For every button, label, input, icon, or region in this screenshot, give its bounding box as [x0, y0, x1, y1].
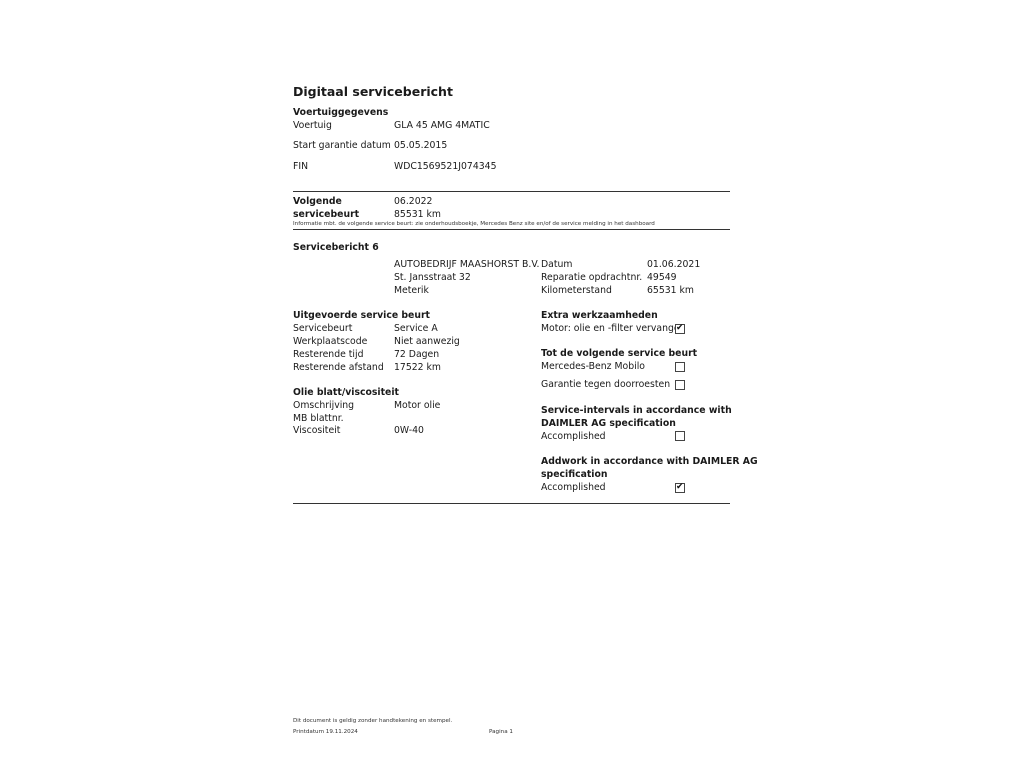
addwork-heading-2: specification	[541, 469, 608, 480]
mobilo-label: Mercedes-Benz Mobilo	[541, 361, 645, 372]
service-intervals-heading-1: Service-intervals in accordance with	[541, 405, 732, 416]
vehicle-label: Voertuig	[293, 120, 332, 131]
checkmark-icon: ✔	[676, 481, 684, 493]
workshop-code-label: Werkplaatscode	[293, 336, 367, 347]
warranty-start-value: 05.05.2015	[394, 140, 447, 151]
date-value: 01.06.2021	[647, 259, 700, 270]
dealer-name: AUTOBEDRIJF MAASHORST B.V.	[394, 259, 539, 270]
report-heading: Servicebericht 6	[293, 242, 379, 253]
extra-work-heading: Extra werkzaamheden	[541, 310, 658, 321]
fin-value: WDC1569521J074345	[394, 161, 496, 172]
next-service-label: Volgende	[293, 196, 342, 207]
vehicle-section-heading: Voertuiggegevens	[293, 107, 388, 118]
mobilo-checkbox[interactable]	[675, 362, 685, 372]
remaining-time-value: 72 Dagen	[394, 349, 439, 360]
odometer-value: 65531 km	[647, 285, 694, 296]
extra-work-item-label: Motor: olie en -filter vervangen	[541, 323, 685, 334]
warranty-start-label: Start garantie datum	[293, 140, 391, 151]
divider	[293, 503, 730, 504]
addwork-label: Accomplished	[541, 482, 606, 493]
next-service-label-line2: servicebeurt	[293, 209, 359, 220]
footer-page-number: Pagina 1	[489, 729, 513, 735]
odometer-label: Kilometerstand	[541, 285, 612, 296]
rust-warranty-checkbox[interactable]	[675, 380, 685, 390]
viscosity-label: Viscositeit	[293, 425, 340, 436]
dealer-city: Meterik	[394, 285, 429, 296]
next-service-date: 06.2022	[394, 196, 432, 207]
repair-order-value: 49549	[647, 272, 677, 283]
rust-warranty-label: Garantie tegen doorroesten	[541, 379, 670, 390]
until-next-heading: Tot de volgende service beurt	[541, 348, 697, 359]
service-type-value: Service A	[394, 323, 438, 334]
service-type-label: Servicebeurt	[293, 323, 352, 334]
oil-heading: Olie blatt/viscositeit	[293, 387, 399, 398]
divider	[293, 229, 730, 230]
addwork-heading-1: Addwork in accordance with DAIMLER AG	[541, 456, 758, 467]
remaining-distance-label: Resterende afstand	[293, 362, 384, 373]
next-service-label-line1: Volgende	[293, 196, 342, 207]
next-service-note: Informatie mbt. de volgende service beur…	[293, 221, 655, 227]
date-label: Datum	[541, 259, 572, 270]
service-intervals-heading-2: DAIMLER AG specification	[541, 418, 676, 429]
oil-description-label: Omschrijving	[293, 400, 354, 411]
next-service-distance: 85531 km	[394, 209, 441, 220]
mb-sheet-label: MB blattnr.	[293, 413, 344, 424]
remaining-distance-value: 17522 km	[394, 362, 441, 373]
performed-service-heading: Uitgevoerde service beurt	[293, 310, 430, 321]
fin-label: FIN	[293, 161, 308, 172]
workshop-code-value: Niet aanwezig	[394, 336, 460, 347]
service-report-page: Digitaal servicebericht Voertuiggegevens…	[293, 0, 730, 768]
addwork-checkbox[interactable]: ✔	[675, 483, 685, 493]
repair-order-label: Reparatie opdrachtnr.	[541, 272, 642, 283]
dealer-street: St. Jansstraat 32	[394, 272, 471, 283]
page-title: Digitaal servicebericht	[293, 84, 453, 99]
service-intervals-checkbox[interactable]	[675, 431, 685, 441]
remaining-time-label: Resterende tijd	[293, 349, 364, 360]
divider	[293, 191, 730, 192]
oil-description-value: Motor olie	[394, 400, 440, 411]
footer-print-date: Printdatum 19.11.2024	[293, 729, 358, 735]
viscosity-value: 0W-40	[394, 425, 424, 436]
vehicle-value: GLA 45 AMG 4MATIC	[394, 120, 490, 131]
service-intervals-label: Accomplished	[541, 431, 606, 442]
next-service-label-2: servicebeurt	[293, 209, 359, 220]
extra-work-checkbox[interactable]: ✔	[675, 324, 685, 334]
checkmark-icon: ✔	[676, 322, 684, 334]
footer-disclaimer: Dit document is geldig zonder handtekeni…	[293, 718, 452, 724]
